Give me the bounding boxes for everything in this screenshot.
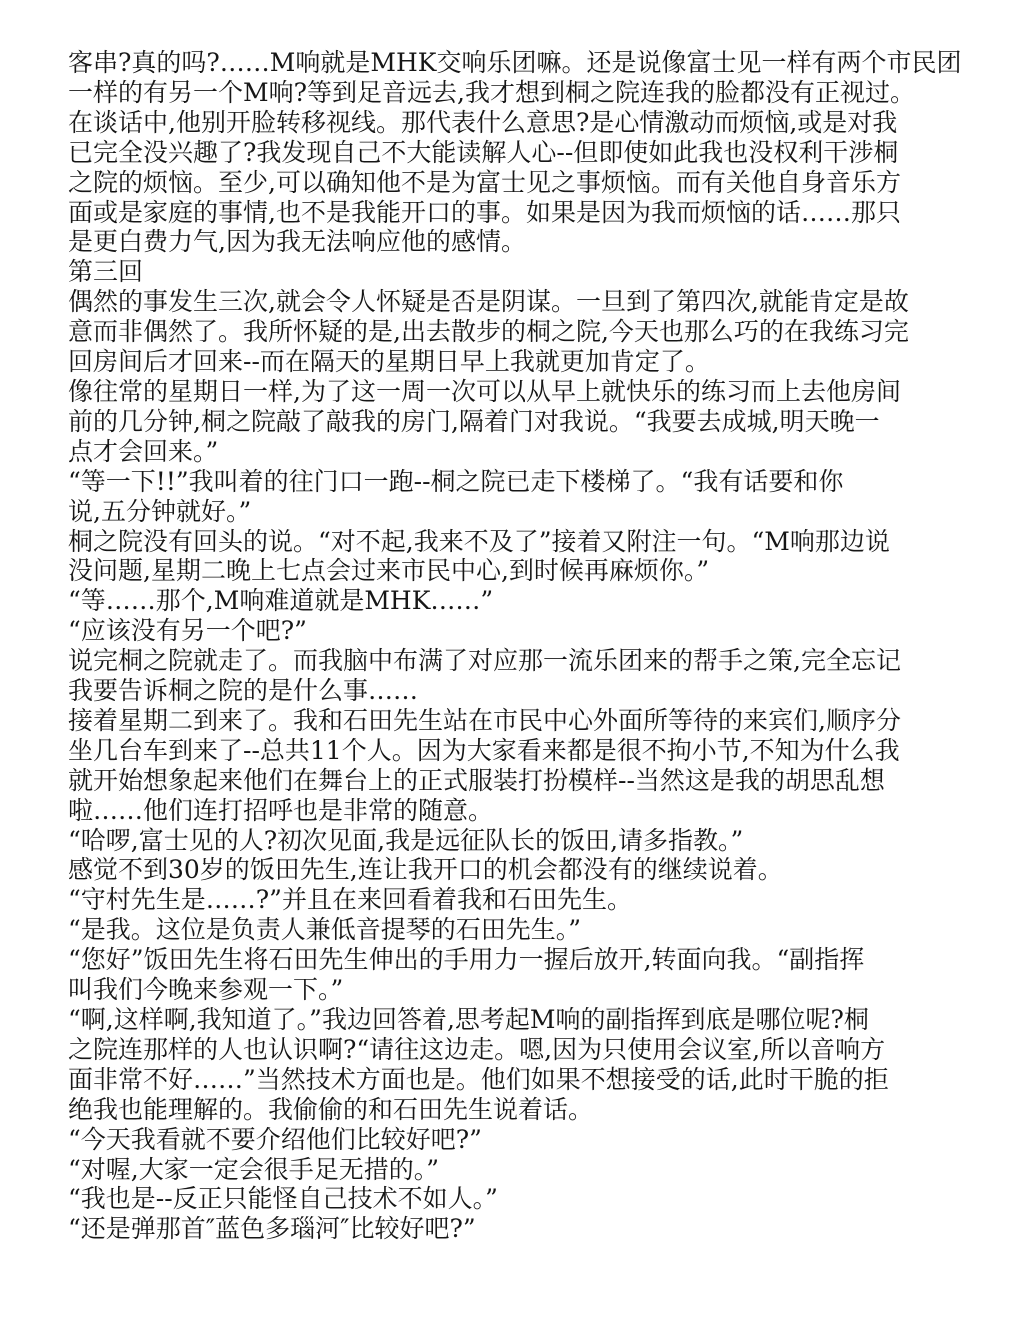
text-line: 就开始想象起来他们在舞台上的正式服装打扮模样--当然这是我的胡思乱想 [68, 766, 968, 796]
text-line: 感觉不到30岁的饭田先生,连让我开口的机会都没有的继续说着。 [68, 855, 968, 885]
text-line: 我要告诉桐之院的是什么事…… [68, 676, 968, 706]
text-line: “还是弹那首″蓝色多瑙河″比较好吧?” [68, 1214, 968, 1244]
text-line: “是我。这位是负责人兼低音提琴的石田先生。” [68, 915, 968, 945]
text-line: 桐之院没有回头的说。“对不起,我来不及了”接着又附注一句。“M响那边说 [68, 527, 968, 557]
text-line: 啦……他们连打招呼也是非常的随意。 [68, 796, 968, 826]
text-line: 面非常不好……”当然技术方面也是。他们如果不想接受的话,此时干脆的拒 [68, 1065, 968, 1095]
text-line: “哈啰,富士见的人?初次见面,我是远征队长的饭田,请多指教。” [68, 826, 968, 856]
text-line: 一样的有另一个M响?等到足音远去,我才想到桐之院连我的脸都没有正视过。 [68, 78, 968, 108]
text-line: 坐几台车到来了--总共11个人。因为大家看来都是很不拘小节,不知为什么我 [68, 736, 968, 766]
text-block: 客串?真的吗?……M响就是MHK交响乐团嘛。还是说像富士见一样有两个市民团一样的… [68, 48, 968, 1244]
text-line: 偶然的事发生三次,就会令人怀疑是否是阴谋。一旦到了第四次,就能肯定是故 [68, 287, 968, 317]
text-line: “守村先生是……?”并且在来回看着我和石田先生。 [68, 885, 968, 915]
document-page: 客串?真的吗?……M响就是MHK交响乐团嘛。还是说像富士见一样有两个市民团一样的… [0, 0, 1021, 1321]
text-line: 意而非偶然了。我所怀疑的是,出去散步的桐之院,今天也那么巧的在我练习完 [68, 317, 968, 347]
text-line: 点才会回来。” [68, 437, 968, 467]
text-line: 之院的烦恼。至少,可以确知他不是为富士见之事烦恼。而有关他自身音乐方 [68, 168, 968, 198]
text-line: “对喔,大家一定会很手足无措的。” [68, 1155, 968, 1185]
text-line: “我也是--反正只能怪自己技术不如人。” [68, 1184, 968, 1214]
text-line: “您好”饭田先生将石田先生伸出的手用力一握后放开,转面向我。“副指挥 [68, 945, 968, 975]
text-line: 已完全没兴趣了?我发现自己不大能读解人心--但即使如此我也没权利干涉桐 [68, 138, 968, 168]
text-line: 在谈话中,他别开脸转移视线。那代表什么意思?是心情激动而烦恼,或是对我 [68, 108, 968, 138]
text-line: 回房间后才回来--而在隔天的星期日早上我就更加肯定了。 [68, 347, 968, 377]
text-line: 接着星期二到来了。我和石田先生站在市民中心外面所等待的来宾们,顺序分 [68, 706, 968, 736]
text-line: “啊,这样啊,我知道了。”我边回答着,思考起M响的副指挥到底是哪位呢?桐 [68, 1005, 968, 1035]
text-line: 第三回 [68, 257, 968, 287]
text-line: 前的几分钟,桐之院敲了敲我的房门,隔着门对我说。“我要去成城,明天晚一 [68, 407, 968, 437]
text-line: “应该没有另一个吧?” [68, 616, 968, 646]
text-line: 绝我也能理解的。我偷偷的和石田先生说着话。 [68, 1095, 968, 1125]
text-line: 是更白费力气,因为我无法响应他的感情。 [68, 227, 968, 257]
text-line: “等……那个,M响难道就是MHK……” [68, 586, 968, 616]
text-line: 之院连那样的人也认识啊?“请往这边走。嗯,因为只使用会议室,所以音响方 [68, 1035, 968, 1065]
text-line: 说完桐之院就走了。而我脑中布满了对应那一流乐团来的帮手之策,完全忘记 [68, 646, 968, 676]
text-line: 客串?真的吗?……M响就是MHK交响乐团嘛。还是说像富士见一样有两个市民团 [68, 48, 968, 78]
text-line: “今天我看就不要介绍他们比较好吧?” [68, 1125, 968, 1155]
text-line: “等一下!!”我叫着的往门口一跑--桐之院已走下楼梯了。“我有话要和你 [68, 467, 968, 497]
text-line: 面或是家庭的事情,也不是我能开口的事。如果是因为我而烦恼的话……那只 [68, 198, 968, 228]
text-line: 说,五分钟就好。” [68, 497, 968, 527]
text-line: 没问题,星期二晚上七点会过来市民中心,到时候再麻烦你。” [68, 556, 968, 586]
text-line: 像往常的星期日一样,为了这一周一次可以从早上就快乐的练习而上去他房间 [68, 377, 968, 407]
text-line: 叫我们今晚来参观一下。” [68, 975, 968, 1005]
